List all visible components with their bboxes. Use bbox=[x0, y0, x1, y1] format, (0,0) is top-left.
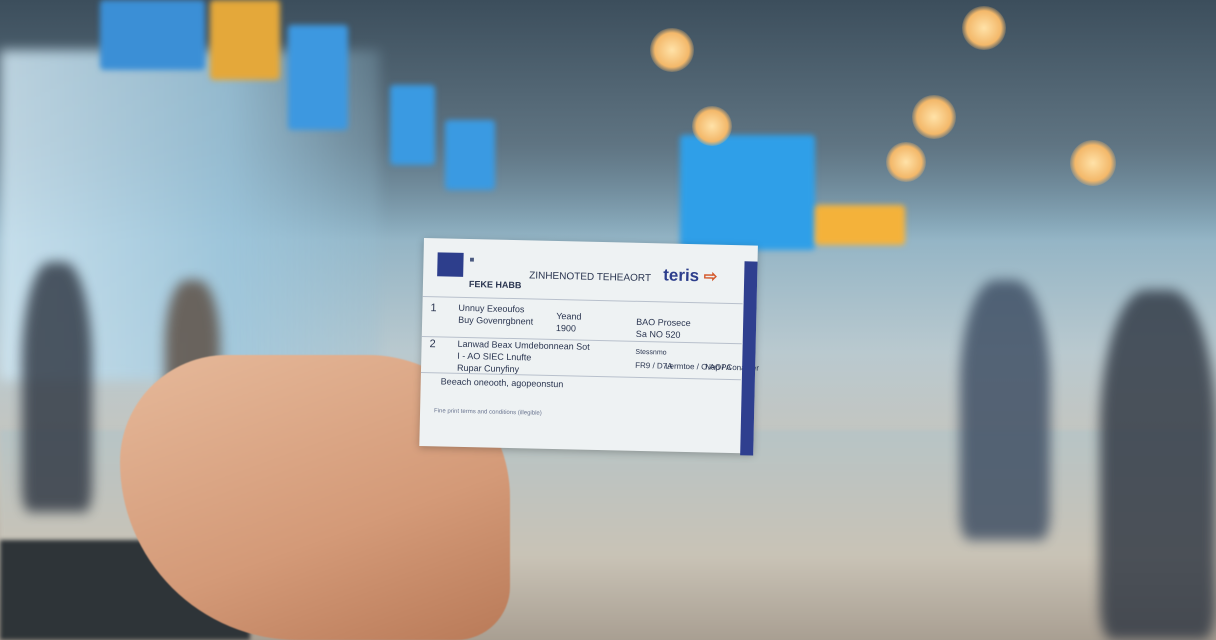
row2-line1: Lanwad Beax Umdebonnean Sot bbox=[457, 339, 589, 352]
ceiling-light bbox=[886, 142, 926, 182]
amber-sign bbox=[815, 205, 905, 245]
ceiling-light bbox=[692, 106, 732, 146]
ticket-title: ZINHENOTED TEHEAORT bbox=[529, 270, 651, 284]
airline-logo-icon bbox=[437, 252, 464, 277]
brand-name: teris ⇨ bbox=[663, 265, 718, 286]
row-number: 2 bbox=[429, 338, 435, 350]
departure-screen bbox=[288, 25, 348, 130]
row2-line2: I - AO SIEC Lnufte bbox=[457, 351, 531, 363]
ticket-side-stripe bbox=[740, 261, 757, 455]
row1-right1: BAO Prosece bbox=[636, 317, 691, 328]
row1-right2: Sa NO 520 bbox=[636, 329, 681, 340]
row1-line2: Buy Govenrgbnent bbox=[458, 315, 533, 327]
ceiling-light bbox=[650, 28, 694, 72]
ceiling-light bbox=[1070, 140, 1116, 186]
ticket: ■ FEKE HABB ZINHENOTED TEHEAORT teris ⇨ … bbox=[419, 238, 758, 454]
ticket-sub-logo: FEKE HABB bbox=[469, 279, 522, 290]
row1-value2: 1900 bbox=[556, 323, 576, 333]
main-info-screen bbox=[680, 135, 815, 250]
row1-value1: Yeand bbox=[556, 311, 581, 322]
departure-screen bbox=[210, 0, 280, 80]
row2-right-header: Stessnmo bbox=[635, 349, 666, 357]
departure-screen bbox=[390, 85, 435, 165]
traveler-silhouette bbox=[960, 280, 1050, 540]
row-number: 1 bbox=[430, 302, 436, 314]
brand-text: teris bbox=[663, 265, 699, 285]
section3-heading: Beeach oneooth, agopeonstun bbox=[441, 376, 564, 389]
row1-line1: Unnuy Exeoufos bbox=[458, 303, 524, 314]
departure-screen bbox=[100, 0, 205, 70]
traveler-silhouette bbox=[22, 262, 92, 512]
logo-caption: ■ bbox=[469, 255, 474, 264]
brand-arrow-icon: ⇨ bbox=[704, 268, 718, 285]
ceiling-light bbox=[962, 6, 1006, 50]
departure-screen bbox=[445, 120, 495, 190]
ceiling-light bbox=[912, 95, 956, 139]
fine-print: Fine print terms and conditions (illegib… bbox=[434, 408, 734, 421]
traveler-silhouette bbox=[1100, 290, 1216, 640]
